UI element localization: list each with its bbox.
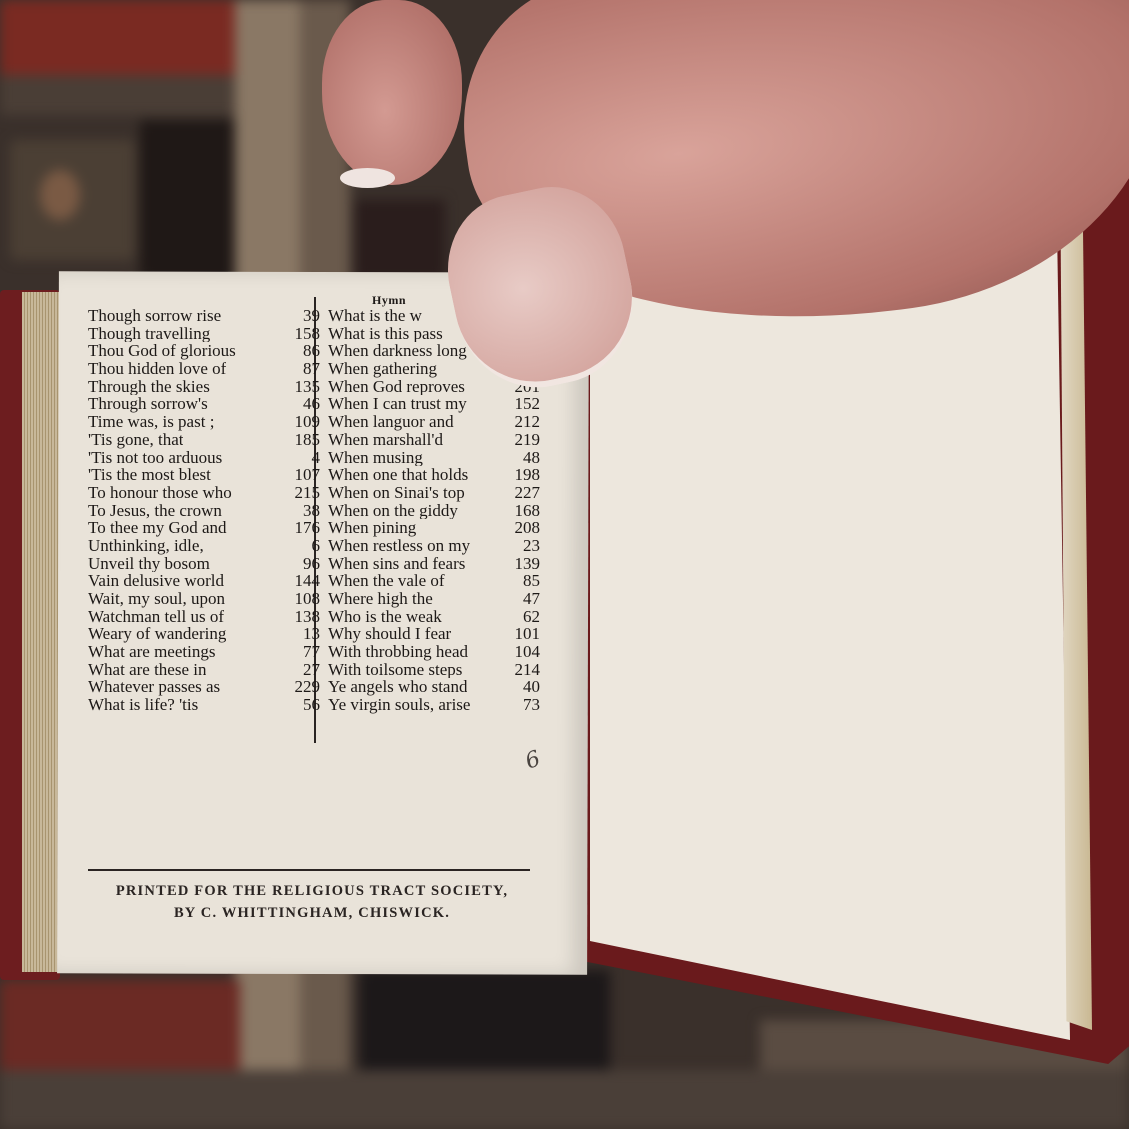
index-entry: When I can trust my152 [320,395,540,413]
hymn-number: 152 [511,395,541,413]
index-left-column: Though sorrow rise39Though travelling158… [88,307,320,714]
hymn-number: 176 [291,519,321,537]
hymn-first-line: When one that holds [328,466,468,484]
hymn-first-line: When restless on my [328,537,470,555]
index-entry: With throbbing head104 [320,643,540,661]
index-entry: 'Tis not too arduous4 [88,449,320,467]
hymn-first-line: Wait, my soul, upon [88,590,225,608]
hymn-first-line: When darkness long [328,342,467,360]
hymn-first-line: Through the skies [88,378,210,396]
index-entry: When on Sinai's top227 [320,484,540,502]
hymn-first-line: When gathering [328,360,437,378]
hymn-number: 38 [299,502,320,520]
imprint-rule [88,869,530,871]
hymn-number: 144 [291,572,321,590]
imprint-line-1: PRINTED FOR THE RELIGIOUS TRACT SOCIETY, [82,880,542,902]
index-entry: Where high the47 [320,590,540,608]
hymn-first-line: 'Tis not too arduous [88,449,222,467]
hymn-first-line: When languor and [328,413,454,431]
hymn-first-line: With throbbing head [328,643,468,661]
hymn-first-line: Thou hidden love of [88,360,226,378]
index-entry: Thou God of glorious86 [88,342,320,360]
index-entry: What are meetings77 [88,643,320,661]
hymn-number: 40 [519,678,540,696]
index-entry: Through the skies135 [88,378,320,396]
hymn-first-line: What is the w [328,307,422,325]
index-entry: Though travelling158 [88,325,320,343]
index-entry: When sins and fears139 [320,555,540,573]
index-entry: 'Tis gone, that185 [88,431,320,449]
index-entry: Though sorrow rise39 [88,307,320,325]
hymn-number: 158 [291,325,321,343]
index-entry: Through sorrow's46 [88,395,320,413]
hymn-number: 212 [511,413,541,431]
hymn-number: 13 [299,625,320,643]
hymn-first-line: Ye angels who stand [328,678,467,696]
index-entry: Unveil thy bosom96 [88,555,320,573]
index-entry: Ye virgin souls, arise73 [320,696,540,714]
index-entry: To honour those who215 [88,484,320,502]
hymn-number: 138 [291,608,321,626]
hymn-first-line: What are these in [88,661,206,679]
index-entry: Vain delusive world144 [88,572,320,590]
hymn-first-line: Where high the [328,590,433,608]
index-entry: When pining208 [320,519,540,537]
hymn-first-line: Weary of wandering [88,625,226,643]
hymn-first-line: With toilsome steps [328,661,462,679]
hymn-first-line: Why should I fear [328,625,451,643]
index-entry: Wait, my soul, upon108 [88,590,320,608]
index-entry: Time was, is past ;109 [88,413,320,431]
hymn-number: 208 [511,519,541,537]
hymn-number: 85 [519,572,540,590]
hymn-number: 139 [511,555,541,573]
hymn-first-line: When I can trust my [328,395,467,413]
hymn-number: 219 [511,431,541,449]
hymn-first-line: Thou God of glorious [88,342,236,360]
index-entry: When one that holds198 [320,466,540,484]
index-entry: Ye angels who stand40 [320,678,540,696]
hymn-number: 4 [308,449,321,467]
hymn-column-header: Hymn [268,293,406,308]
index-entry: 'Tis the most blest107 [88,466,320,484]
hymn-first-line: Unveil thy bosom [88,555,210,573]
index-entry: Thou hidden love of87 [88,360,320,378]
hymn-number: 87 [299,360,320,378]
hymn-number: 104 [511,643,541,661]
hymn-number: 168 [511,502,541,520]
hymn-number: 229 [291,678,321,696]
hymn-number: 227 [511,484,541,502]
index-entry: When restless on my23 [320,537,540,555]
hymn-number: 39 [299,307,320,325]
index-entry: With toilsome steps214 [320,661,540,679]
hymn-number: 198 [511,466,541,484]
index-finger [322,0,462,185]
hymn-first-line: 'Tis the most blest [88,466,211,484]
hymn-number: 56 [299,696,320,714]
hymn-number: 215 [291,484,321,502]
index-entry: What is life? 'tis56 [88,696,320,714]
index-entry: When on the giddy168 [320,502,540,520]
imprint-line-2: BY C. WHITTINGHAM, CHISWICK. [82,902,542,924]
hymn-number: 108 [291,590,321,608]
hymn-first-line: When the vale of [328,572,445,590]
hymn-number: 47 [519,590,540,608]
index-entry: To Jesus, the crown38 [88,502,320,520]
printer-imprint: PRINTED FOR THE RELIGIOUS TRACT SOCIETY,… [82,880,542,924]
hymn-number: 77 [299,643,320,661]
hymn-first-line: Though travelling [88,325,210,343]
hymn-first-line: When sins and fears [328,555,465,573]
hymn-number: 27 [299,661,320,679]
hymn-number: 6 [308,537,321,555]
hymn-first-line: Whatever passes as [88,678,220,696]
index-entry: What are these in27 [88,661,320,679]
hymn-number: 101 [511,625,541,643]
hymn-number: 23 [519,537,540,555]
hymn-first-line: When marshall'd [328,431,443,449]
hymn-number: 107 [291,466,321,484]
hymn-number: 46 [299,395,320,413]
hymn-first-line: What are meetings [88,643,215,661]
hymn-number: 48 [519,449,540,467]
hymn-number: 86 [299,342,320,360]
index-entry: Why should I fear101 [320,625,540,643]
hymn-first-line: What is this pass [328,325,443,343]
index-entry: When the vale of85 [320,572,540,590]
hymn-first-line: Unthinking, idle, [88,537,204,555]
hymn-number: 73 [519,696,540,714]
hymn-first-line: What is life? 'tis [88,696,198,714]
index-entry: Watchman tell us of138 [88,608,320,626]
index-entry: Weary of wandering13 [88,625,320,643]
index-entry: When marshall'd219 [320,431,540,449]
hymn-first-line: Though sorrow rise [88,307,221,325]
hymn-first-line: To thee my God and [88,519,227,537]
hymn-first-line: Vain delusive world [88,572,224,590]
fingernail [340,168,395,188]
hymn-number: 62 [519,608,540,626]
index-entry: Unthinking, idle,6 [88,537,320,555]
hymn-first-line: When on Sinai's top [328,484,465,502]
hymn-first-line: When musing [328,449,423,467]
index-entry: When languor and212 [320,413,540,431]
hymn-first-line: When God reproves [328,378,465,396]
hymn-first-line: Who is the weak [328,608,442,626]
hymn-first-line: To Jesus, the crown [88,502,222,520]
hymn-first-line: When pining [328,519,416,537]
hymn-number: 135 [291,378,321,396]
hymn-first-line: Ye virgin souls, arise [328,696,470,714]
hymn-first-line: Watchman tell us of [88,608,224,626]
hymn-first-line: Through sorrow's [88,395,208,413]
hymn-number: 214 [511,661,541,679]
hymn-first-line: When on the giddy [328,502,458,520]
hymn-first-line: 'Tis gone, that [88,431,183,449]
hymn-number: 96 [299,555,320,573]
hymn-first-line: Time was, is past ; [88,413,214,431]
index-entry: Who is the weak62 [320,608,540,626]
hymn-number: 185 [291,431,321,449]
index-entry: When musing48 [320,449,540,467]
index-entry: To thee my God and176 [88,519,320,537]
index-entry: Whatever passes as229 [88,678,320,696]
hymn-first-line: To honour those who [88,484,232,502]
hymn-number: 109 [291,413,321,431]
